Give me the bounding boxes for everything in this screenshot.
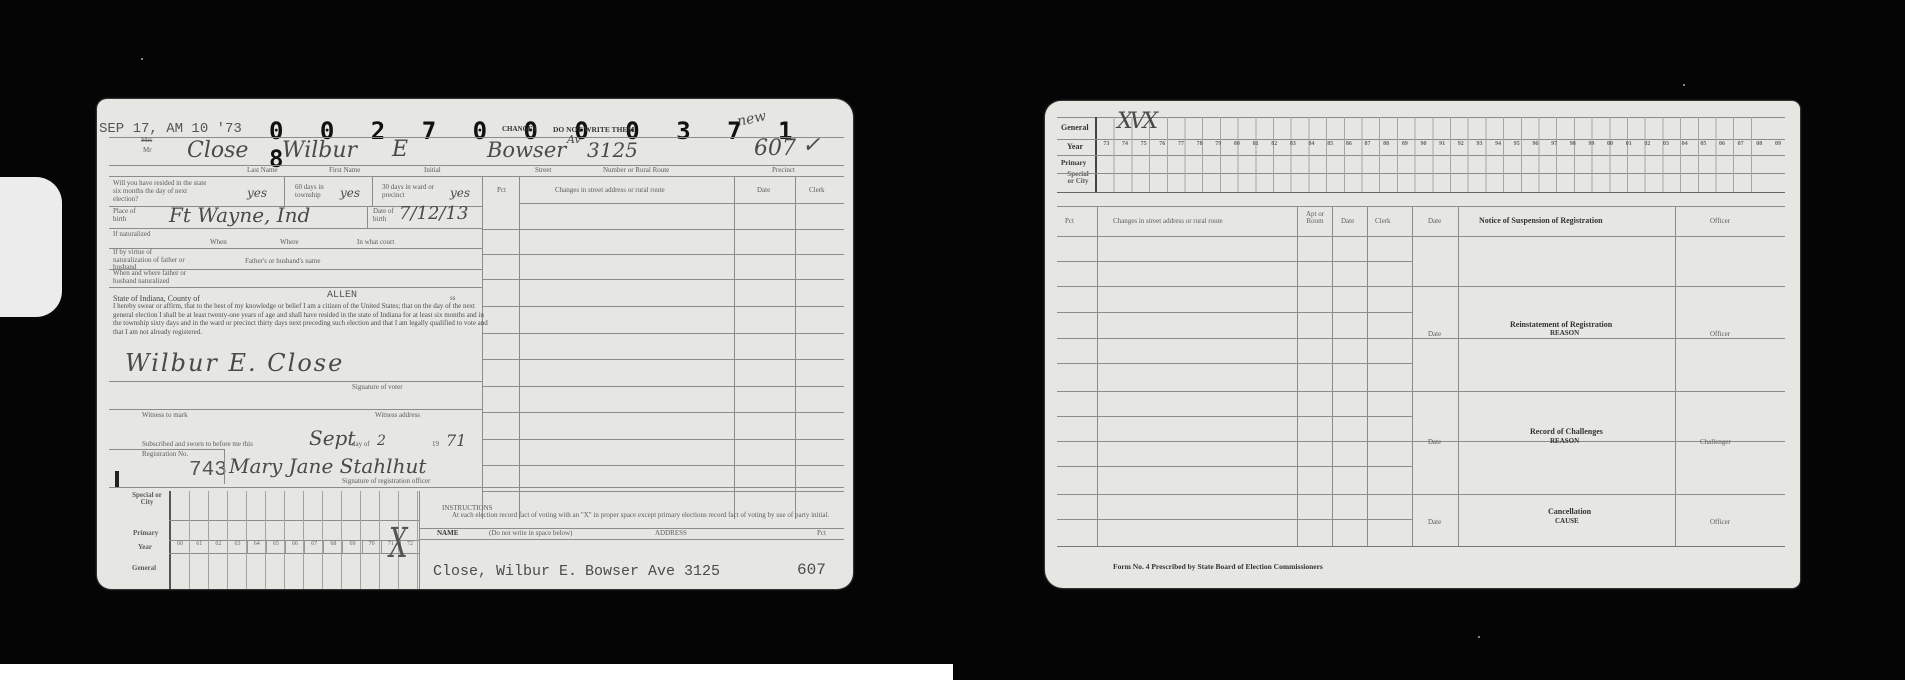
label-street: Street bbox=[535, 166, 551, 174]
general-vote-mark: X bbox=[389, 520, 408, 568]
year-cell: 77 bbox=[1172, 141, 1191, 153]
year-cell: 02 bbox=[1638, 141, 1657, 153]
cancellation-title: Cancellation bbox=[1548, 507, 1591, 516]
cancellation-date: Date bbox=[1428, 518, 1441, 526]
instructions-text: At each election record fact of voting w… bbox=[452, 512, 842, 520]
year-cell: 96 bbox=[1526, 141, 1545, 153]
dust-speck bbox=[1478, 636, 1480, 638]
reinstatement-reason: REASON bbox=[1550, 329, 1579, 337]
label-witness-address: Witness address bbox=[375, 411, 420, 419]
answer-township: yes bbox=[340, 186, 360, 200]
back-col-apt: Apt or Room bbox=[1303, 211, 1327, 225]
year-cell: 86 bbox=[1340, 141, 1359, 153]
year-cell: 73 bbox=[1097, 141, 1116, 153]
registration-officer-signature: Mary Jane Stahlhut bbox=[229, 454, 426, 478]
year-cell: 07 bbox=[1731, 141, 1750, 153]
year-cell: 85 bbox=[1321, 141, 1340, 153]
street-suffix: Av bbox=[567, 133, 581, 146]
label-witness-mark: Witness to mark bbox=[142, 411, 188, 419]
year-cell: 91 bbox=[1433, 141, 1452, 153]
dust-speck bbox=[141, 58, 143, 60]
registration-number: 743 bbox=[189, 459, 227, 482]
label-year-prefix: 19 bbox=[432, 440, 439, 448]
year-cell: 08 bbox=[1750, 141, 1769, 153]
cancellation-cause: CAUSE bbox=[1555, 517, 1579, 525]
year-cell: 95 bbox=[1507, 141, 1526, 153]
voter-registration-card-back: General Year Primary Special or City XVX… bbox=[1045, 101, 1800, 588]
grid-row-general: General bbox=[132, 564, 156, 572]
col-header-pct: Pct bbox=[497, 186, 506, 194]
label-subscribed: Subscribed and sworn to before me this bbox=[142, 440, 253, 448]
back-grid-row-primary: Primary bbox=[1061, 159, 1086, 167]
year-cell: 81 bbox=[1246, 141, 1265, 153]
precinct-number: 607 bbox=[754, 136, 796, 161]
label-court: In what court bbox=[357, 238, 394, 246]
label-ward: 30 days in ward or precinct bbox=[382, 183, 442, 199]
year-cell: 83 bbox=[1284, 141, 1303, 153]
middle-initial: E bbox=[392, 137, 408, 162]
label-father-name: Father's or husband's name bbox=[245, 257, 320, 265]
checkmark-icon: ✓ bbox=[802, 133, 820, 158]
challenges-challenger: Challenger bbox=[1700, 438, 1731, 446]
year-cell: 99 bbox=[1582, 141, 1601, 153]
year-cell: 79 bbox=[1209, 141, 1228, 153]
challenges-date: Date bbox=[1428, 438, 1441, 446]
county-name: ALLEN bbox=[327, 290, 357, 301]
label-precinct: Precinct bbox=[772, 166, 795, 174]
year-cell: 88 bbox=[1377, 141, 1396, 153]
year-cell: 09 bbox=[1769, 141, 1788, 153]
back-grid-row-general: General bbox=[1061, 123, 1089, 132]
year-cell: 05 bbox=[1694, 141, 1713, 153]
label-officer-signature: Signature of registration officer bbox=[342, 477, 430, 485]
reinstatement-officer: Officer bbox=[1710, 330, 1730, 338]
back-year-row: 7374757677787980818283848586878889909192… bbox=[1097, 141, 1787, 153]
place-of-birth: Ft Wayne, Ind bbox=[169, 203, 310, 227]
filing-mark bbox=[115, 471, 119, 487]
year-cell: 97 bbox=[1545, 141, 1564, 153]
back-col-date: Date bbox=[1341, 217, 1354, 225]
year-cell: 89 bbox=[1396, 141, 1415, 153]
grid-row-year: Year bbox=[138, 543, 152, 551]
year-cell: 87 bbox=[1358, 141, 1377, 153]
label-if-naturalized: If naturalized bbox=[113, 230, 153, 238]
back-col-pct: Pct bbox=[1065, 217, 1074, 225]
street-number: 3125 bbox=[587, 138, 638, 162]
year-cell: 74 bbox=[1116, 141, 1135, 153]
cancellation-officer: Officer bbox=[1710, 518, 1730, 526]
year-cell: 00 bbox=[1601, 141, 1620, 153]
street-name: Bowser bbox=[487, 138, 566, 162]
year-cell: 98 bbox=[1563, 141, 1582, 153]
year-cell: 78 bbox=[1190, 141, 1209, 153]
scan-artifact-left bbox=[0, 177, 62, 317]
col-header-clerk: Clerk bbox=[809, 186, 825, 194]
back-col-changes: Changes in street address or rural route bbox=[1113, 217, 1223, 225]
year-cell: 06 bbox=[1713, 141, 1732, 153]
year-cell: 75 bbox=[1134, 141, 1153, 153]
label-pct: Pct bbox=[817, 529, 826, 537]
label-number: Number or Rural Route bbox=[603, 166, 669, 174]
label-place-of-birth: Place of birth bbox=[113, 207, 141, 223]
back-vote-grid-lines bbox=[1097, 117, 1752, 192]
year-cell: 01 bbox=[1619, 141, 1638, 153]
subscribed-year: 71 bbox=[446, 431, 466, 450]
year-cell: 84 bbox=[1302, 141, 1321, 153]
year-cell: 82 bbox=[1265, 141, 1284, 153]
year-cell: 76 bbox=[1153, 141, 1172, 153]
label-do-not-write: (Do not write in space below) bbox=[489, 529, 572, 537]
typed-pct: 607 bbox=[797, 561, 826, 579]
last-name: Close bbox=[187, 138, 248, 163]
label-date-of-birth: Date of birth bbox=[373, 207, 399, 223]
back-general-vote-marks: XVX bbox=[1117, 109, 1155, 134]
label-where: Where bbox=[280, 238, 299, 246]
scan-edge-strip bbox=[0, 664, 953, 680]
typed-address: Bowser Ave 3125 bbox=[585, 563, 720, 580]
date-of-birth: 7/12/13 bbox=[399, 203, 468, 224]
first-name: Wilbur bbox=[282, 138, 357, 163]
label-first-name: First Name bbox=[329, 166, 360, 174]
grid-row-special: Special or City bbox=[132, 492, 162, 506]
answer-state-residence: yes bbox=[247, 186, 267, 200]
time-stamp: SEP 17, AM 10 '73 bbox=[99, 121, 242, 137]
label-address: ADDRESS bbox=[655, 529, 687, 537]
label-ss: ss bbox=[450, 294, 455, 302]
back-grid-row-year: Year bbox=[1067, 142, 1083, 151]
label-township: 60 days in township bbox=[295, 183, 333, 199]
label-registration-no: Registration No. bbox=[142, 450, 188, 458]
suspension-date: Date bbox=[1428, 217, 1441, 225]
title-prefix: Mr bbox=[143, 146, 152, 154]
col-header-date: Date bbox=[757, 186, 770, 194]
header-prefix: CHANGES bbox=[502, 125, 537, 133]
year-cell: 94 bbox=[1489, 141, 1508, 153]
grid-row-primary: Primary bbox=[133, 529, 158, 537]
year-cell: 90 bbox=[1414, 141, 1433, 153]
suspension-title: Notice of Suspension of Registration bbox=[1479, 216, 1603, 225]
label-initial: Initial bbox=[424, 166, 441, 174]
year-cell: 03 bbox=[1657, 141, 1676, 153]
answer-ward: yes bbox=[450, 186, 470, 200]
reinstatement-title: Reinstatement of Registration bbox=[1510, 320, 1612, 329]
front-vote-grid-lines bbox=[171, 491, 419, 589]
label-state-residence: Will you have resided in the state six m… bbox=[113, 179, 208, 203]
voter-registration-card-front: SEP 17, AM 10 '73 0 0 2 7 0 0 0 0 3 7 1 … bbox=[97, 99, 853, 589]
subscribed-day: 2 bbox=[377, 433, 386, 449]
year-cell: 80 bbox=[1228, 141, 1247, 153]
year-cell: 92 bbox=[1451, 141, 1470, 153]
label-name: NAME bbox=[437, 529, 458, 537]
label-last-name: Last Name bbox=[247, 166, 278, 174]
label-signature-voter: Signature of voter bbox=[352, 383, 403, 391]
header-warning: DO NOT WRITE THEM bbox=[553, 125, 634, 134]
challenges-reason: REASON bbox=[1550, 437, 1579, 445]
voter-signature: Wilbur E. Close bbox=[125, 349, 344, 377]
reinstatement-date: Date bbox=[1428, 330, 1441, 338]
typed-name: Close, Wilbur E. bbox=[433, 563, 577, 580]
year-cell: 04 bbox=[1675, 141, 1694, 153]
label-when-where-father: When and where father or husband natural… bbox=[113, 270, 208, 285]
suspension-officer: Officer bbox=[1710, 217, 1730, 225]
label-day-of: day of bbox=[352, 440, 370, 448]
year-cell: 93 bbox=[1470, 141, 1489, 153]
challenges-title: Record of Challenges bbox=[1530, 427, 1603, 436]
oath-text: I hereby swear or affirm, that to the be… bbox=[113, 302, 488, 336]
subscribed-month: Sept bbox=[309, 426, 355, 450]
back-col-clerk: Clerk bbox=[1375, 217, 1391, 225]
dust-speck bbox=[1683, 84, 1685, 86]
label-when: When bbox=[210, 238, 227, 246]
col-header-changes: Changes in street address or rural route bbox=[555, 186, 665, 194]
form-footer: Form No. 4 Prescribed by State Board of … bbox=[1113, 562, 1323, 571]
title-struck: Mrs bbox=[141, 136, 152, 144]
